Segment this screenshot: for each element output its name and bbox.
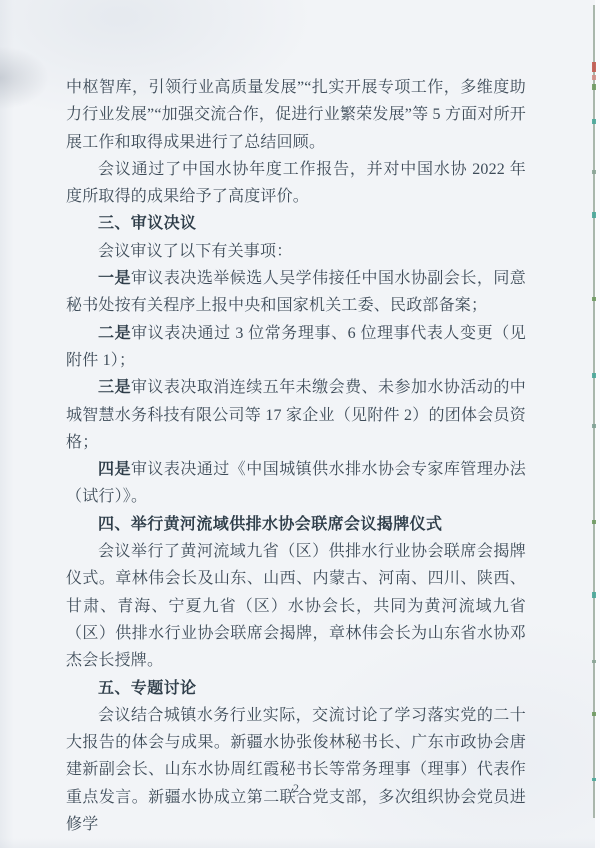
paragraph-lead: 三是 [98, 379, 131, 396]
section-heading: 三、审议决议 [66, 210, 526, 237]
paragraph: 一是审议表决选举候选人吴学伟接任中国水协副会长，同意秘书处按有关程序上报中央和国… [66, 265, 526, 320]
paragraph: 三是审议表决取消连续五年未缴会费、未参加水协活动的中城智慧水务科技有限公司等 1… [66, 374, 526, 456]
paragraph: 二是审议表决通过 3 位常务理事、6 位理事代表人变更（见附件 1）； [66, 320, 526, 375]
paragraph: 中枢智库，引领行业高质量发展”“扎实开展专项工作，多维度助力行业发展”“加强交流… [66, 74, 526, 156]
scanned-document-page: 中枢智库，引领行业高质量发展”“扎实开展专项工作，多维度助力行业发展”“加强交流… [0, 0, 600, 848]
paragraph: 会议审议了以下有关事项： [66, 238, 526, 265]
paragraph: 会议通过了中国水协年度工作报告，并对中国水协 2022 年度所取得的成果给予了高… [66, 156, 526, 211]
section-heading: 四、举行黄河流域供排水协会联席会议揭牌仪式 [66, 511, 526, 538]
paragraph-text: 审议表决取消连续五年未缴会费、未参加水协活动的中城智慧水务科技有限公司等 17 … [66, 379, 526, 451]
paragraph-lead: 四是 [98, 461, 131, 478]
paragraph-lead: 一是 [98, 270, 131, 287]
paragraph: 四是审议表决通过《中国城镇供水排水协会专家库管理办法（试行）》。 [66, 456, 526, 511]
paragraph: 会议举行了黄河流域九省（区）供排水行业协会联席会揭牌仪式。章林伟会长及山东、山西… [66, 538, 526, 674]
document-body: 中枢智库，引领行业高质量发展”“扎实开展专项工作，多维度助力行业发展”“加强交流… [66, 74, 526, 838]
page-number: 2 [66, 781, 526, 796]
section-heading: 五、专题讨论 [66, 675, 526, 702]
paragraph-lead: 二是 [98, 325, 131, 342]
paragraph-text: 审议表决通过《中国城镇供水排水协会专家库管理办法（试行）》。 [66, 461, 526, 505]
paragraph: 会议结合城镇水务行业实际，交流讨论了学习落实党的二十大报告的体会与成果。新疆水协… [66, 702, 526, 838]
paragraph-text: 审议表决选举候选人吴学伟接任中国水协副会长，同意秘书处按有关程序上报中央和国家机… [66, 270, 526, 314]
scan-right-margin [595, 0, 600, 848]
paragraph-text: 审议表决通过 3 位常务理事、6 位理事代表人变更（见附件 1）； [66, 325, 526, 369]
